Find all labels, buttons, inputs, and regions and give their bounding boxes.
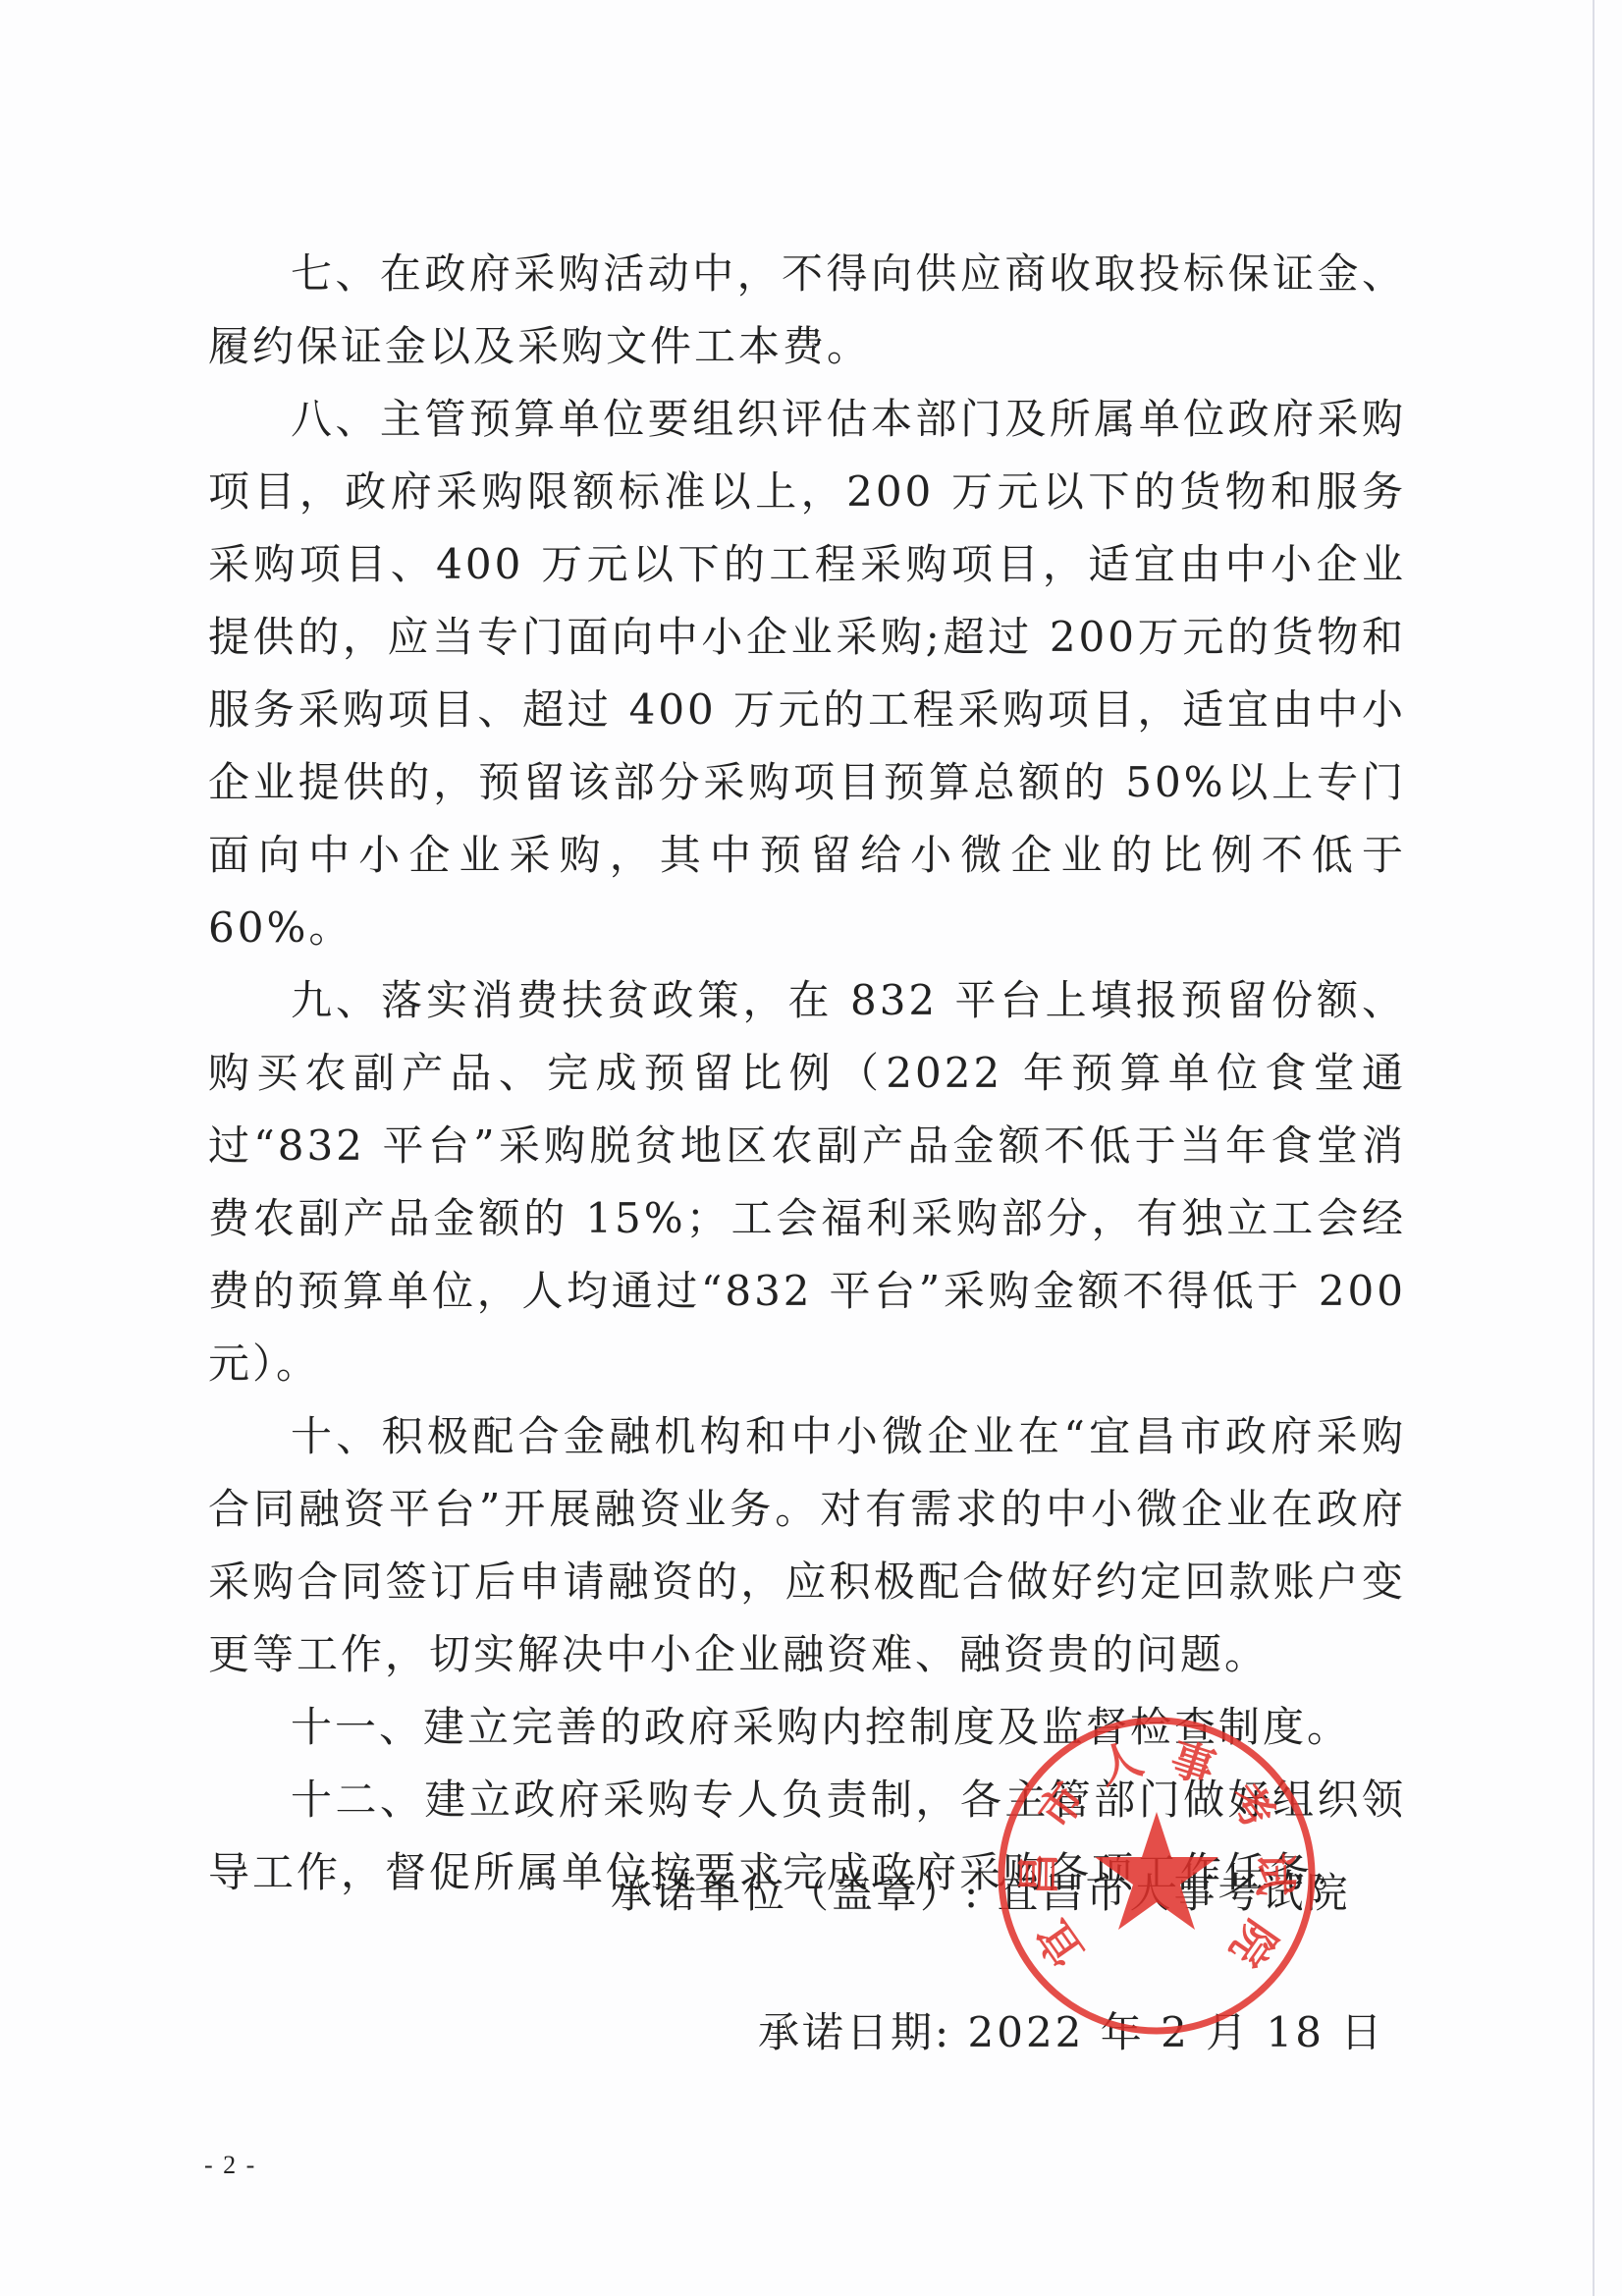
signature-unit: 承诺单位（盖章）: 宜昌市人事考试院 — [611, 1864, 1351, 1923]
paragraph-10: 十、积极配合金融机构和中小微企业在“宜昌市政府采购合同融资平台”开展融资业务。对… — [208, 1400, 1406, 1691]
signature-unit-name: 宜昌市人事考试院 — [998, 1869, 1351, 1917]
paragraph-9: 九、落实消费扶贫政策，在 832 平台上填报预留份额、购买农副产品、完成预留比例… — [208, 964, 1406, 1400]
document-body: 七、在政府采购活动中，不得向供应商收取投标保证金、履约保证金以及采购文件工本费。… — [208, 238, 1406, 1909]
signature-date-label: 承诺日期: — [758, 2008, 951, 2056]
page-number: - 2 - — [204, 2151, 256, 2180]
paragraph-11: 十一、建立完善的政府采购内控制度及监督检查制度。 — [208, 1691, 1406, 1764]
paragraph-7: 七、在政府采购活动中，不得向供应商收取投标保证金、履约保证金以及采购文件工本费。 — [208, 238, 1406, 383]
scan-edge-line — [1593, 0, 1595, 2296]
signature-date-value: 2022 年 2 月 18 日 — [968, 2008, 1385, 2056]
signature-unit-label: 承诺单位（盖章）: — [611, 1869, 981, 1917]
paragraph-8: 八、主管预算单位要组织评估本部门及所属单位政府采购项目，政府采购限额标准以上，2… — [208, 383, 1406, 964]
signature-date: 承诺日期: 2022 年 2 月 18 日 — [758, 2003, 1384, 2062]
